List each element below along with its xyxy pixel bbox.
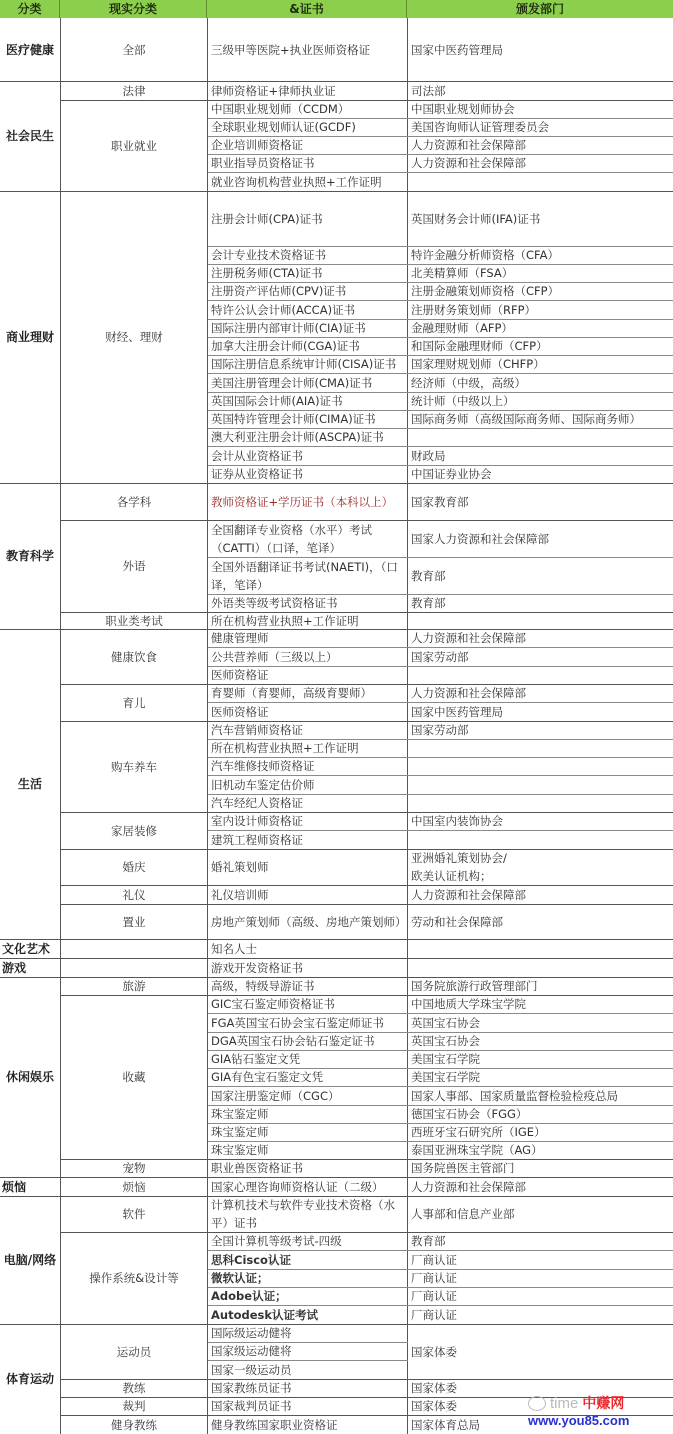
issuer-cell: 国家劳动部 bbox=[408, 647, 673, 666]
certificate-cell: FGA英国宝石协会宝石鉴定师证书 bbox=[208, 1013, 407, 1032]
row-divider bbox=[208, 136, 673, 137]
subcategory-cell: 教练 bbox=[61, 1379, 207, 1397]
certificate-cell: 全国计算机等级考试-四级 bbox=[208, 1232, 407, 1250]
certificate-cell: 澳大利亚注册会计师(ASCPA)证书 bbox=[208, 428, 407, 446]
certificate-cell: 汽车维修技师资格证 bbox=[208, 757, 407, 775]
issuer-cell: 和国际金融理财师（CFP） bbox=[408, 337, 673, 355]
certificate-cell: 汽车营销师资格证 bbox=[208, 721, 407, 739]
category-cell: 生活 bbox=[0, 629, 60, 939]
certificate-cell: 注册资产评估师(CPV)证书 bbox=[208, 282, 407, 300]
issuer-cell: 国家理财规划师（CHFP） bbox=[408, 355, 673, 373]
issuer-cell: 国家人事部、国家质量监督检验检疫总局 bbox=[408, 1086, 673, 1105]
certificate-cell: 汽车经纪人资格证 bbox=[208, 794, 407, 812]
group-divider bbox=[0, 81, 673, 82]
certificate-cell: 珠宝鉴定师 bbox=[208, 1123, 407, 1141]
row-divider bbox=[208, 172, 673, 173]
certificate-cell: 会计专业技术资格证书 bbox=[208, 246, 407, 264]
issuer-cell: 劳动和社会保障部 bbox=[408, 904, 673, 939]
subgroup-divider bbox=[61, 100, 673, 101]
subgroup-divider bbox=[61, 1159, 673, 1160]
issuer-cell: 国家劳动部 bbox=[408, 721, 673, 739]
subcategory-cell: 宠物 bbox=[61, 1159, 207, 1177]
subgroup-divider bbox=[61, 1379, 673, 1380]
watermark-wechat-text: time bbox=[550, 1395, 578, 1412]
row-divider bbox=[208, 594, 673, 595]
issuer-cell: 特许金融分析师资格（CFA） bbox=[408, 246, 673, 264]
row-divider bbox=[208, 1086, 673, 1087]
issuer-cell: 国务院兽医主管部门 bbox=[408, 1159, 673, 1177]
issuer-cell: 英国宝石协会 bbox=[408, 1032, 673, 1050]
issuer-cell: 财政局 bbox=[408, 446, 673, 465]
row-divider bbox=[208, 1250, 673, 1251]
certificate-cell: 国家注册鉴定师（CGC） bbox=[208, 1086, 407, 1105]
issuer-cell: 国家中医药管理局 bbox=[408, 18, 673, 81]
row-divider bbox=[208, 1342, 408, 1343]
subcategory-cell: 烦恼 bbox=[61, 1177, 207, 1196]
subcategory-cell: 家居装修 bbox=[61, 812, 207, 849]
issuer-cell: 人事部和信息产业部 bbox=[408, 1196, 673, 1232]
category-cell: 文化艺术 bbox=[0, 939, 60, 958]
certificate-cell-highlighted: 教师资格证+学历证书（本科以上） bbox=[208, 483, 407, 520]
row-divider bbox=[208, 246, 673, 247]
watermark-site-name: 中赚网 bbox=[582, 1393, 624, 1413]
category-cell: 电脑/网络 bbox=[0, 1196, 60, 1324]
row-divider bbox=[208, 557, 673, 558]
header-certificate: &证书 bbox=[207, 0, 407, 18]
certificate-cell: 国家裁判员证书 bbox=[208, 1397, 407, 1415]
subgroup-divider bbox=[61, 520, 673, 521]
certificate-cell: 礼仪培训师 bbox=[208, 885, 407, 904]
category-cell: 烦恼 bbox=[0, 1177, 60, 1196]
row-divider bbox=[208, 337, 673, 338]
certificate-cell: 英国特许管理会计师(CIMA)证书 bbox=[208, 410, 407, 428]
certificate-cell: 职业兽医资格证书 bbox=[208, 1159, 407, 1177]
certificate-cell: 企业培训师资格证 bbox=[208, 136, 407, 154]
certificate-cell: 英国国际会计师(AIA)证书 bbox=[208, 392, 407, 410]
row-divider bbox=[208, 355, 673, 356]
issuer-cell: 人力资源和社会保障部 bbox=[408, 684, 673, 702]
watermark: time 中赚网 www.you85.com bbox=[528, 1393, 668, 1433]
issuer-cell: 教育部 bbox=[408, 1232, 673, 1250]
row-divider bbox=[208, 282, 673, 283]
issuer-cell: 国家教育部 bbox=[408, 483, 673, 520]
issuer-cell: 英国财务会计师(IFA)证书 bbox=[408, 191, 673, 246]
subcategory-cell: 育儿 bbox=[61, 684, 207, 721]
subcategory-cell: 置业 bbox=[61, 904, 207, 939]
issuer-cell: 美国宝石学院 bbox=[408, 1050, 673, 1068]
issuer-cell: 注册金融策划师资格（CFP） bbox=[408, 282, 673, 300]
certificate-cell: 三级甲等医院+执业医师资格证 bbox=[208, 18, 407, 81]
group-divider bbox=[0, 483, 673, 484]
row-divider bbox=[208, 1269, 673, 1270]
certificate-cell: 全国翻译专业资格（水平）考试（CATTI）（口译，笔译） bbox=[208, 520, 407, 557]
issuer-cell: 西班牙宝石研究所（IGE） bbox=[408, 1123, 673, 1141]
subcategory-cell: 操作系统&设计等 bbox=[61, 1232, 207, 1324]
issuer-cell: 人力资源和社会保障部 bbox=[408, 1177, 673, 1196]
issuer-cell: 中国证券业协会 bbox=[408, 465, 673, 483]
issuer-cell: 经济师（中级，高级） bbox=[408, 373, 673, 392]
category-cell: 体育运动 bbox=[0, 1324, 60, 1434]
issuer-cell: 教育部 bbox=[408, 594, 673, 612]
row-divider bbox=[208, 775, 673, 776]
certificate-cell: 医师资格证 bbox=[208, 666, 407, 684]
category-cell: 教育科学 bbox=[0, 483, 60, 629]
wechat-icon bbox=[528, 1396, 546, 1411]
certificate-cell: 证券从业资格证书 bbox=[208, 465, 407, 483]
row-divider bbox=[208, 465, 673, 466]
issuer-cell: 美国咨询师认证管理委员会 bbox=[408, 118, 673, 136]
certificate-cell: 律师资格证+律师执业证 bbox=[208, 81, 407, 100]
subcategory-cell: 旅游 bbox=[61, 977, 207, 995]
issuer-cell: 厂商认证 bbox=[408, 1269, 673, 1287]
certificate-cell: 思科Cisco认证 bbox=[208, 1250, 407, 1269]
certificate-cell: 国际注册信息系统审计师(CISA)证书 bbox=[208, 355, 407, 373]
certificate-cell: DGA英国宝石协会钻石鉴定证书 bbox=[208, 1032, 407, 1050]
group-divider bbox=[0, 977, 673, 978]
row-divider bbox=[208, 1105, 673, 1106]
issuer-cell: 厂商认证 bbox=[408, 1305, 673, 1324]
subcategory-cell: 运动员 bbox=[61, 1324, 207, 1379]
certificate-cell: GIA有色宝石鉴定文凭 bbox=[208, 1068, 407, 1086]
row-divider bbox=[208, 154, 673, 155]
row-divider bbox=[208, 410, 673, 411]
subcategory-cell: 外语 bbox=[61, 520, 207, 612]
row-divider bbox=[208, 647, 673, 648]
certificate-cell: 医师资格证 bbox=[208, 702, 407, 721]
row-divider bbox=[208, 1013, 673, 1014]
header-category: 分类 bbox=[0, 0, 60, 18]
certificate-cell: 健康管理师 bbox=[208, 629, 407, 647]
certificate-cell: Autodesk认证考试 bbox=[208, 1305, 407, 1324]
subcategory-cell: 收藏 bbox=[61, 995, 207, 1159]
certificate-cell: 室内设计师资格证 bbox=[208, 812, 407, 830]
header-real-category: 现实分类 bbox=[60, 0, 207, 18]
subcategory-cell: 健身教练 bbox=[61, 1415, 207, 1434]
issuer-cell: 中国职业规划师协会 bbox=[408, 100, 673, 118]
subgroup-divider bbox=[61, 995, 673, 996]
certificate-cell: 婚礼策划师 bbox=[208, 849, 407, 885]
issuer-cell: 人力资源和社会保障部 bbox=[408, 885, 673, 904]
group-divider bbox=[0, 1196, 673, 1197]
certificate-cell: Adobe认证； bbox=[208, 1287, 407, 1305]
certificate-cell: 会计从业资格证书 bbox=[208, 446, 407, 465]
subcategory-cell: 购车养车 bbox=[61, 721, 207, 812]
certificate-cell: 房地产策划师（高级、房地产策划师） bbox=[208, 904, 407, 939]
row-divider bbox=[208, 1123, 673, 1124]
certificate-cell: 国际级运动健将 bbox=[208, 1324, 407, 1342]
row-divider bbox=[208, 1141, 673, 1142]
issuer-cell: 统计师（中级以上） bbox=[408, 392, 673, 410]
certificate-cell: 就业咨询机构营业执照+工作证明 bbox=[208, 172, 407, 191]
issuer-cell: 注册财务策划师（RFP） bbox=[408, 300, 673, 319]
category-cell: 游戏 bbox=[0, 958, 60, 977]
issuer-cell: 德国宝石协会（FGG） bbox=[408, 1105, 673, 1123]
certificate-cell: 注册会计师(CPA)证书 bbox=[208, 191, 407, 246]
certificate-cell: 微软认证； bbox=[208, 1269, 407, 1287]
subcategory-cell: 法律 bbox=[61, 81, 207, 100]
certificate-cell: GIC宝石鉴定师资格证书 bbox=[208, 995, 407, 1013]
row-divider bbox=[208, 1287, 673, 1288]
row-divider bbox=[208, 300, 673, 301]
certificate-cell: 国家一级运动员 bbox=[208, 1360, 407, 1379]
row-divider bbox=[208, 757, 673, 758]
subcategory-cell: 礼仪 bbox=[61, 885, 207, 904]
certificate-cell: 游戏开发资格证书 bbox=[208, 958, 407, 977]
certificate-cell: 所在机构营业执照+工作证明 bbox=[208, 739, 407, 757]
subgroup-divider bbox=[61, 885, 673, 886]
certificate-cell: 国家教练员证书 bbox=[208, 1379, 407, 1397]
group-divider bbox=[0, 958, 673, 959]
issuer-cell: 教育部 bbox=[408, 557, 673, 594]
certificate-cell: 全国外语翻译证书考试(NAETI)，（口译，笔译） bbox=[208, 557, 407, 594]
certificate-cell: 外语类等级考试资格证书 bbox=[208, 594, 407, 612]
subcategory-cell: 各学科 bbox=[61, 483, 207, 520]
certificate-cell: 加拿大注册会计师(CGA)证书 bbox=[208, 337, 407, 355]
issuer-cell: 司法部 bbox=[408, 81, 673, 100]
certificate-cell: 特许公认会计师(ACCA)证书 bbox=[208, 300, 407, 319]
issuer-cell: 亚洲婚礼策划协会/ bbox=[408, 849, 673, 867]
subgroup-divider bbox=[61, 612, 673, 613]
subcategory-cell: 裁判 bbox=[61, 1397, 207, 1415]
certificate-cell: 建筑工程师资格证 bbox=[208, 830, 407, 849]
row-divider bbox=[208, 373, 673, 374]
row-divider bbox=[208, 1360, 408, 1361]
subcategory-cell: 全部 bbox=[61, 18, 207, 81]
certificate-cell: 职业指导员资格证书 bbox=[208, 154, 407, 172]
header-issuer: 颁发部门 bbox=[407, 0, 673, 18]
subgroup-divider bbox=[61, 904, 673, 905]
certificate-cell: 公共营养师（三级以上） bbox=[208, 647, 407, 666]
certificate-cell: 高级，特级导游证书 bbox=[208, 977, 407, 995]
row-divider bbox=[208, 1032, 673, 1033]
issuer-cell: 厂商认证 bbox=[408, 1287, 673, 1305]
issuer-cell: 美国宝石学院 bbox=[408, 1068, 673, 1086]
certificate-cell: 所在机构营业执照+工作证明 bbox=[208, 612, 407, 629]
issuer-cell: 金融理财师（AFP） bbox=[408, 319, 673, 337]
group-divider bbox=[0, 1177, 673, 1178]
issuer-cell: 中国地质大学珠宝学院 bbox=[408, 995, 673, 1013]
row-divider bbox=[208, 794, 673, 795]
category-cell: 休闲娱乐 bbox=[0, 977, 60, 1177]
issuer-cell: 国家中医药管理局 bbox=[408, 702, 673, 721]
certificate-cell: 计算机技术与软件专业技术资格（水平）证书 bbox=[208, 1196, 407, 1232]
certificate-cell: 国家级运动健将 bbox=[208, 1342, 407, 1360]
subgroup-divider bbox=[61, 1232, 673, 1233]
certificate-cell: 健身教练国家职业资格证 bbox=[208, 1415, 407, 1434]
issuer-cell: 国家体委 bbox=[408, 1324, 673, 1379]
subcategory-cell: 婚庆 bbox=[61, 849, 207, 885]
subgroup-divider bbox=[61, 812, 673, 813]
subcategory-cell: 职业就业 bbox=[61, 100, 207, 191]
certificate-cell: 珠宝鉴定师 bbox=[208, 1105, 407, 1123]
issuer-cell: 中国室内装饰协会 bbox=[408, 812, 673, 830]
certificate-cell: 全球职业规划师认证(GCDF) bbox=[208, 118, 407, 136]
certificate-cell: 中国职业规划师（CCDM） bbox=[208, 100, 407, 118]
row-divider bbox=[208, 666, 673, 667]
issuer-cell: 人力资源和社会保障部 bbox=[408, 154, 673, 172]
row-divider bbox=[208, 392, 673, 393]
row-divider bbox=[208, 1305, 673, 1306]
subcategory-cell: 职业类考试 bbox=[61, 612, 207, 629]
row-divider bbox=[208, 118, 673, 119]
issuer-cell: 厂商认证 bbox=[408, 1250, 673, 1269]
row-divider bbox=[208, 446, 673, 447]
subgroup-divider bbox=[61, 721, 673, 722]
issuer-cell: 人力资源和社会保障部 bbox=[408, 136, 673, 154]
issuer-cell: 国务院旅游行政管理部门 bbox=[408, 977, 673, 995]
issuer-cell: 人力资源和社会保障部 bbox=[408, 629, 673, 647]
row-divider bbox=[208, 830, 673, 831]
row-divider bbox=[208, 739, 673, 740]
issuer-cell: 国家人力资源和社会保障部 bbox=[408, 520, 673, 557]
certificate-cell: 育婴师（育婴师，高级育婴师） bbox=[208, 684, 407, 702]
certificate-cell: 国际注册内部审计师(CIA)证书 bbox=[208, 319, 407, 337]
subgroup-divider bbox=[61, 849, 673, 850]
subcategory-cell: 财经、理财 bbox=[61, 191, 207, 483]
issuer-cell: 北美精算师（FSA） bbox=[408, 264, 673, 282]
group-divider bbox=[0, 629, 673, 630]
group-divider bbox=[0, 1324, 673, 1325]
certificate-cell: 国家心理咨询师资格认证（二级） bbox=[208, 1177, 407, 1196]
row-divider bbox=[208, 264, 673, 265]
row-divider bbox=[208, 702, 673, 703]
category-cell: 商业理财 bbox=[0, 191, 60, 483]
watermark-url: www.you85.com bbox=[528, 1413, 668, 1428]
certificate-cell: 旧机动车鉴定估价师 bbox=[208, 775, 407, 794]
category-cell: 医疗健康 bbox=[0, 18, 60, 81]
group-divider bbox=[0, 939, 673, 940]
certificate-cell: GIA钻石鉴定文凭 bbox=[208, 1050, 407, 1068]
certificate-table: 分类 现实分类 &证书 颁发部门 医疗健康 社会民生 商业理财 教育科学 生活 … bbox=[0, 0, 673, 1434]
subcategory-cell: 健康饮食 bbox=[61, 629, 207, 684]
issuer-cell: 欧美认证机构； bbox=[408, 867, 673, 885]
subcategory-cell: 软件 bbox=[61, 1196, 207, 1232]
row-divider bbox=[208, 1068, 673, 1069]
subgroup-divider bbox=[61, 684, 673, 685]
certificate-cell: 美国注册管理会计师(CMA)证书 bbox=[208, 373, 407, 392]
category-cell: 社会民生 bbox=[0, 81, 60, 191]
issuer-cell: 英国宝石协会 bbox=[408, 1013, 673, 1032]
issuer-cell: 国际商务师（高级国际商务师、国际商务师） bbox=[408, 410, 673, 428]
row-divider bbox=[208, 428, 673, 429]
row-divider bbox=[208, 1050, 673, 1051]
issuer-cell: 泰国亚洲珠宝学院（AG） bbox=[408, 1141, 673, 1159]
certificate-cell: 知名人士 bbox=[208, 939, 407, 958]
certificate-cell: 注册税务师(CTA)证书 bbox=[208, 264, 407, 282]
group-divider bbox=[0, 191, 673, 192]
certificate-cell: 珠宝鉴定师 bbox=[208, 1141, 407, 1159]
row-divider bbox=[208, 319, 673, 320]
